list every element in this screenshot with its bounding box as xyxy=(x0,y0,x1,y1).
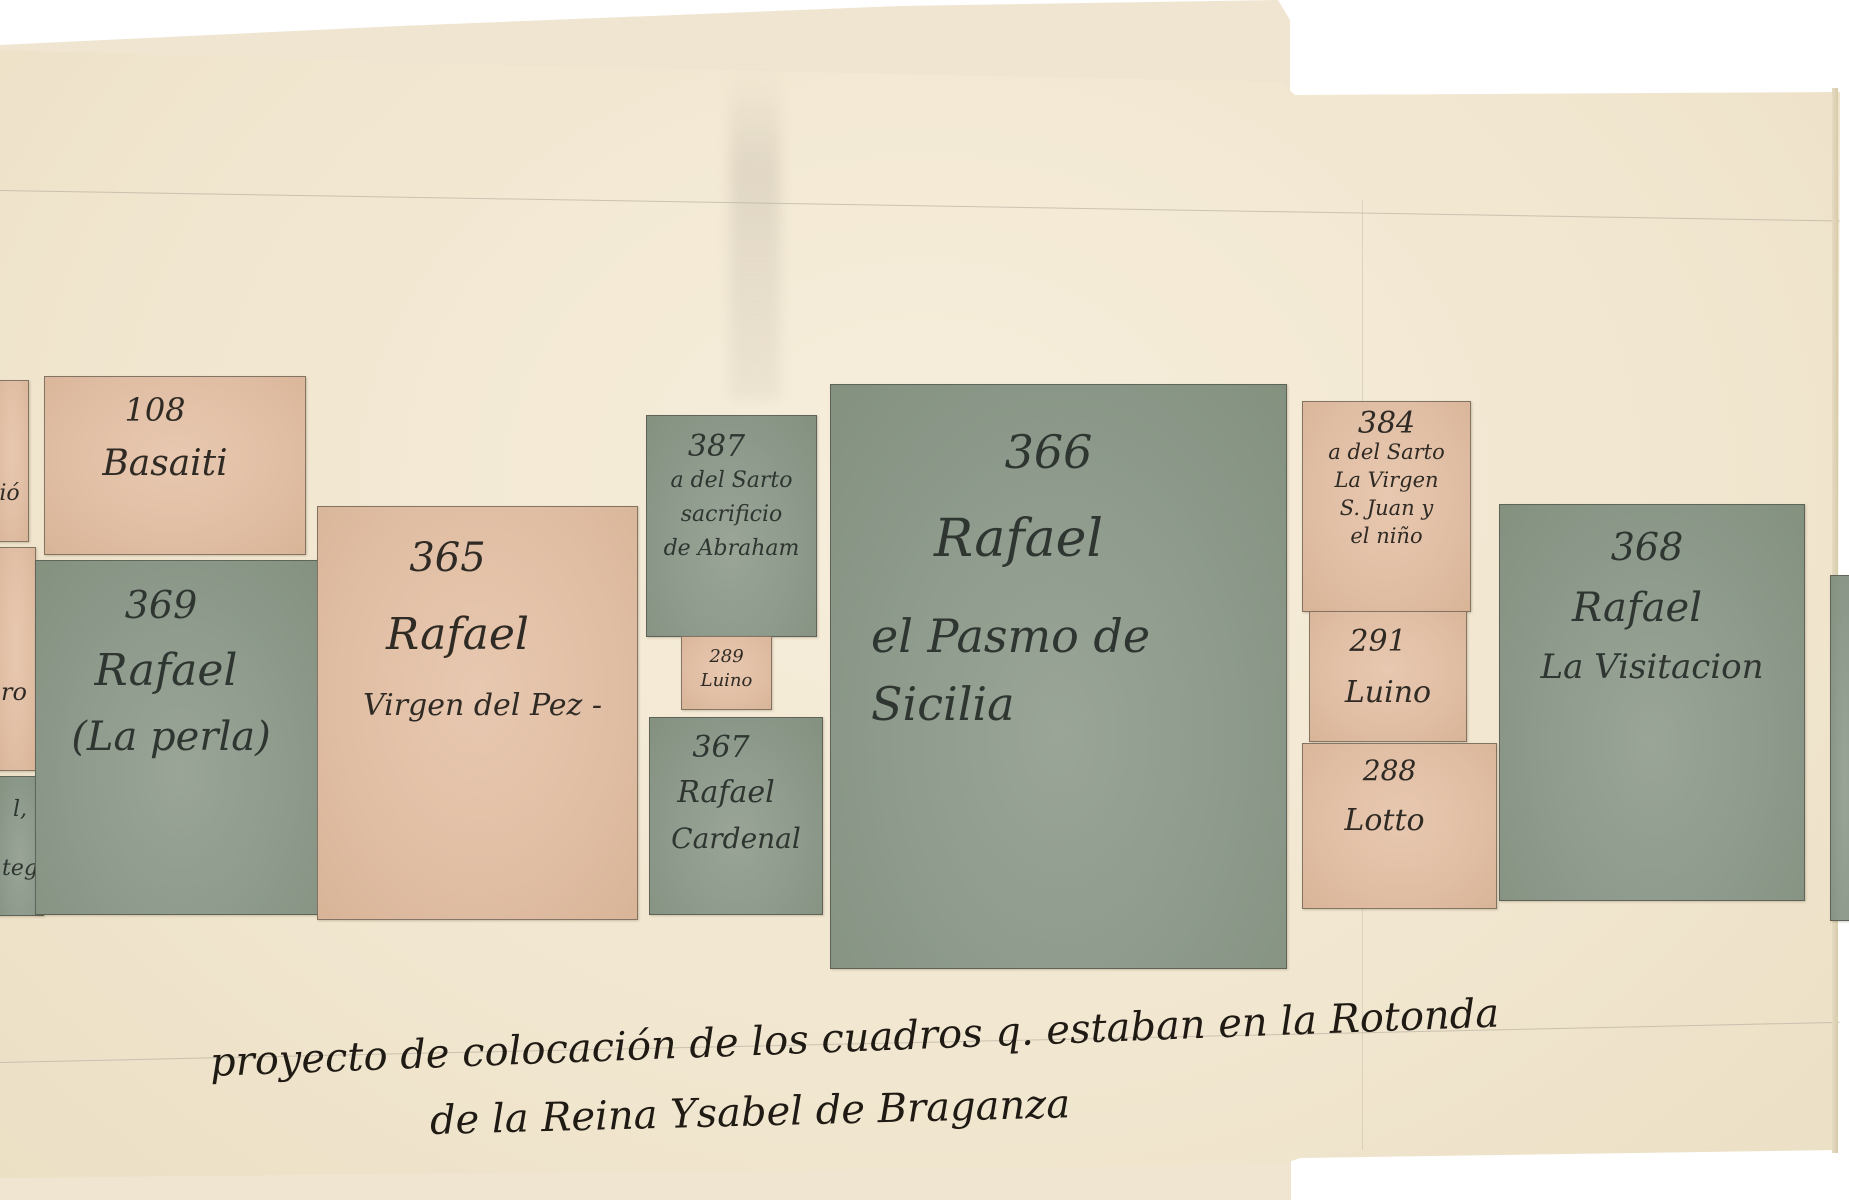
card-text: Rafael xyxy=(35,645,326,696)
card-368-rafael-la-visitacion: 368 Rafael La Visitacion xyxy=(1499,504,1805,901)
card-text: Rafael xyxy=(649,775,822,810)
card-text: a del Sarto xyxy=(1303,438,1470,466)
card-text: a del Sarto xyxy=(647,464,816,498)
card-text: Rafael xyxy=(830,509,1286,569)
card-number: 369 xyxy=(35,583,326,627)
card-text: ió xyxy=(0,481,28,506)
card-number: 365 xyxy=(317,535,637,581)
card-left-mid-partial: ro xyxy=(0,547,36,771)
card-text: de Abraham xyxy=(647,532,816,566)
card-text: Luino xyxy=(1310,675,1466,710)
card-text: Cardenal xyxy=(650,822,822,855)
card-369-rafael-la-perla: 369 Rafael (La perla) xyxy=(35,560,327,915)
card-left-top-partial: ió xyxy=(0,380,29,542)
card-text: Luino xyxy=(682,669,771,693)
card-288-lotto: 288 Lotto xyxy=(1302,743,1497,909)
card-text: Basaiti xyxy=(44,443,305,484)
card-number: 367 xyxy=(649,730,822,765)
card-number: 291 xyxy=(1309,624,1466,659)
card-387-del-sarto-sacrificio: 387 a del Sarto sacrificio de Abraham xyxy=(646,415,817,637)
card-365-rafael-virgen-del-pez: 365 Rafael Virgen del Pez - xyxy=(317,506,638,920)
card-text: La Visitacion xyxy=(1500,647,1804,687)
card-text: ro xyxy=(0,678,35,706)
card-text: el niño xyxy=(1303,522,1470,550)
card-number: 108 xyxy=(44,391,305,429)
card-text: La Virgen xyxy=(1303,466,1470,494)
card-366-rafael-pasmo-de-sicilia: 366 Rafael el Pasmo de Sicilia xyxy=(830,384,1287,969)
card-367-rafael-cardenal: 367 Rafael Cardenal xyxy=(649,717,823,915)
card-number: 289 xyxy=(682,645,771,669)
card-number: 366 xyxy=(830,425,1286,479)
card-108-basaiti: 108 Basaiti xyxy=(44,376,306,555)
card-text: Rafael xyxy=(317,609,637,660)
card-text: Virgen del Pez - xyxy=(328,688,637,723)
card-number: 384 xyxy=(1303,410,1470,438)
card-text: Lotto xyxy=(1302,803,1496,838)
card-384-del-sarto-virgen: 384 a del Sarto La Virgen S. Juan y el n… xyxy=(1302,401,1471,612)
card-text: Sicilia xyxy=(831,677,1286,731)
card-text: sacrificio xyxy=(647,498,816,532)
card-text: Rafael xyxy=(1499,585,1804,631)
card-number: 288 xyxy=(1302,754,1496,787)
card-text: S. Juan y xyxy=(1303,494,1470,522)
card-291-luino: 291 Luino xyxy=(1309,611,1467,742)
card-number: 368 xyxy=(1499,525,1804,569)
card-text: el Pasmo de xyxy=(831,609,1286,663)
water-stain xyxy=(730,70,780,400)
card-number: 387 xyxy=(646,430,816,464)
card-289-luino: 289 Luino xyxy=(681,636,772,710)
card-text: (La perla) xyxy=(35,714,326,760)
card-right-edge-partial xyxy=(1830,575,1849,921)
